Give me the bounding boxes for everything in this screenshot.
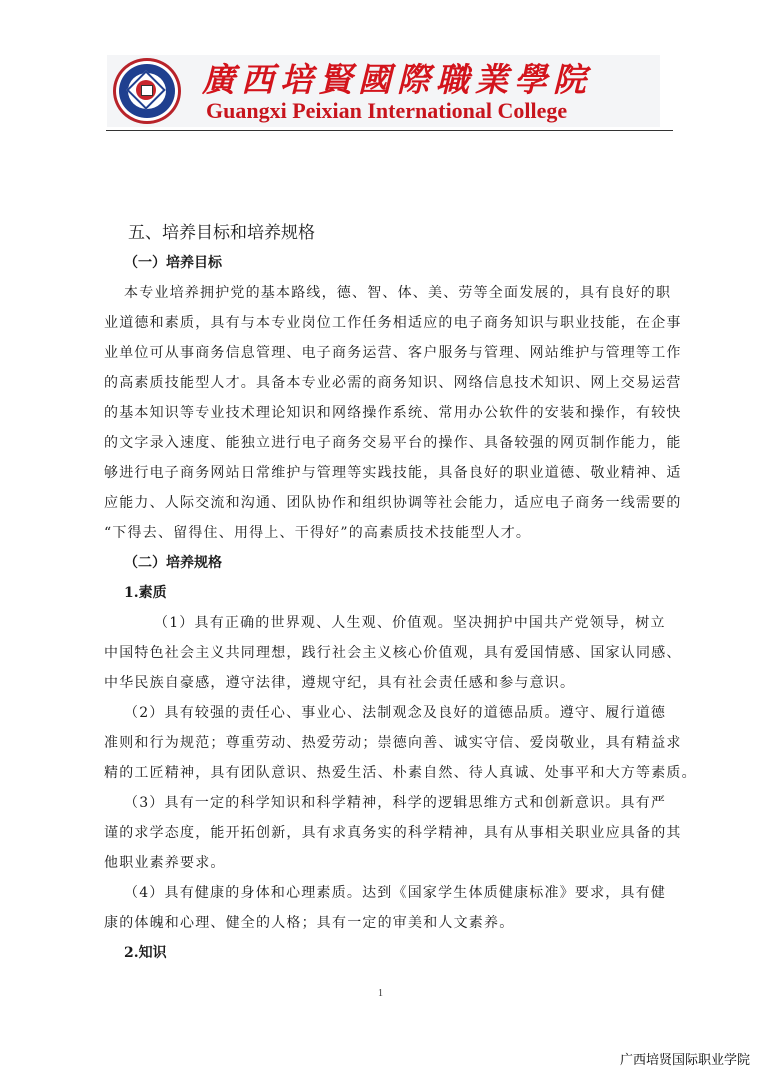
text-line: 准则和行为规范；尊重劳动、热爱劳动；崇德向善、诚实守信、爱岗敬业，具有精益求 (104, 728, 676, 758)
text-line: （1）具有正确的世界观、人生观、价值观。坚决拥护中国共产党领导，树立 (104, 608, 676, 638)
goal-paragraph: 本专业培养拥护党的基本路线，德、智、体、美、劳等全面发展的，具有良好的职 业道德… (104, 278, 676, 548)
text-line: 精的工匠精神，具有团队意识、热爱生活、朴素自然、待人真诚、处事平和大方等素质。 (104, 758, 676, 788)
quality-item-3: （3）具有一定的科学知识和科学精神，科学的逻辑思维方式和创新意识。具有严 谨的求… (104, 788, 676, 878)
header-divider (106, 130, 673, 131)
book-icon (141, 85, 153, 96)
brand-name-english: Guangxi Peixian International College (206, 99, 567, 123)
text-line: 他职业素养要求。 (104, 848, 676, 878)
subsection-heading-spec: （二）培养规格 (124, 548, 676, 578)
text-line: 中华民族自豪感，遵守法律，遵规守纪，具有社会责任感和参与意识。 (104, 668, 676, 698)
text-line: 本专业培养拥护党的基本路线，德、智、体、美、劳等全面发展的，具有良好的职 (104, 278, 676, 308)
numbered-heading-knowledge: 2.知识 (124, 938, 676, 968)
subsection-heading-goal: （一）培养目标 (124, 248, 676, 278)
text-line: 中国特色社会主义共同理想，践行社会主义核心价值观，具有爱国情感、国家认同感、 (104, 638, 676, 668)
text-line: 谨的求学态度，能开拓创新，具有求真务实的科学精神，具有从事相关职业应具备的其 (104, 818, 676, 848)
header-banner: 廣西培賢國際職業學院 Guangxi Peixian International… (107, 55, 660, 127)
brand-name-chinese: 廣西培賢國際職業學院 (202, 61, 592, 99)
text-line: 康的体魄和心理、健全的人格；具有一定的审美和人文素养。 (104, 908, 676, 938)
text-line: 的高素质技能型人才。具备本专业必需的商务知识、网络信息技术知识、网上交易运营 (104, 368, 676, 398)
text-line: （4）具有健康的身体和心理素质。达到《国家学生体质健康标准》要求，具有健 (104, 878, 676, 908)
document-body: 五、培养目标和培养规格 （一）培养目标 本专业培养拥护党的基本路线，德、智、体、… (104, 218, 676, 968)
text-line: “下得去、留得住、用得上、干得好”的高素质技术技能型人才。 (104, 518, 676, 548)
text-line: （3）具有一定的科学知识和科学精神，科学的逻辑思维方式和创新意识。具有严 (104, 788, 676, 818)
numbered-heading-quality: 1.素质 (124, 578, 676, 608)
text-line: 够进行电子商务网站日常维护与管理等实践技能，具备良好的职业道德、敬业精神、适 (104, 458, 676, 488)
text-line: 的文字录入速度、能独立进行电子商务交易平台的操作、具备较强的网页制作能力，能 (104, 428, 676, 458)
text-line: 业道德和素质，具有与本专业岗位工作任务相适应的电子商务知识与职业技能，在企事 (104, 308, 676, 338)
text-line: （2）具有较强的责任心、事业心、法制观念及良好的道德品质。遵守、履行道德 (104, 698, 676, 728)
quality-item-1: （1）具有正确的世界观、人生观、价值观。坚决拥护中国共产党领导，树立 中国特色社… (104, 608, 676, 698)
text-line: 应能力、人际交流和沟通、团队协作和组织协调等社会能力，适应电子商务一线需要的 (104, 488, 676, 518)
text-line: 的基本知识等专业技术理论知识和网络操作系统、常用办公软件的安装和操作，有较快 (104, 398, 676, 428)
quality-item-4: （4）具有健康的身体和心理素质。达到《国家学生体质健康标准》要求，具有健 康的体… (104, 878, 676, 938)
footer-watermark: 广西培贤国际职业学院 (620, 1049, 750, 1068)
quality-item-2: （2）具有较强的责任心、事业心、法制观念及良好的道德品质。遵守、履行道德 准则和… (104, 698, 676, 788)
section-title: 五、培养目标和培养规格 (128, 218, 676, 248)
page-number: 1 (378, 988, 383, 999)
college-seal-logo (113, 58, 181, 124)
text-line: 业单位可从事商务信息管理、电子商务运营、客户服务与管理、网站维护与管理等工作 (104, 338, 676, 368)
